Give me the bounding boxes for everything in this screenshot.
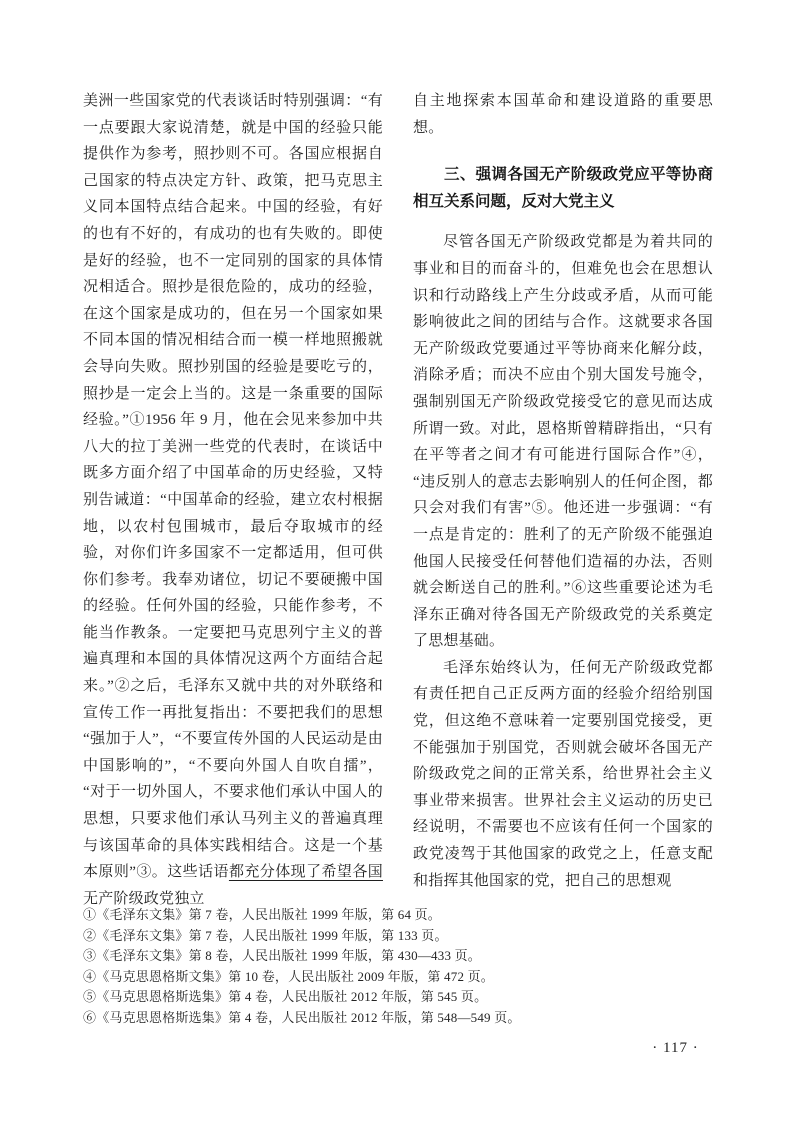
footnote-2: ②《毛泽东文集》第 7 卷，人民出版社 1999 年版，第 133 页。 <box>83 926 723 947</box>
journal-page: 美洲一些国家党的代表谈话时特别强调：“有一点要跟大家说清楚，就是中国的经验只能提… <box>0 0 794 1123</box>
left-paragraph-text: 美洲一些国家党的代表谈话时特别强调：“有一点要跟大家说清楚，就是中国的经验只能提… <box>83 93 383 880</box>
footnote-3: ③《毛泽东文集》第 8 卷，人民出版社 1999 年版，第 430—433 页。 <box>83 946 723 967</box>
left-column: 美洲一些国家党的代表谈话时特别强调：“有一点要跟大家说清楚，就是中国的经验只能提… <box>83 88 383 912</box>
footnote-5: ⑤《马克思恩格斯选集》第 4 卷，人民出版社 2012 年版，第 545 页。 <box>83 987 723 1008</box>
paragraph-body-2: 毛泽东始终认为，任何无产阶级政党都有责任把自己正反两方面的经验介绍给别国党，但这… <box>413 655 713 894</box>
right-column: 自主地探索本国革命和建设道路的重要思想。 三、强调各国无产阶级政党应平等协商相互… <box>413 88 713 912</box>
section-heading: 三、强调各国无产阶级政党应平等协商相互关系问题，反对大党主义 <box>413 162 713 215</box>
footnote-4: ④《马克思恩格斯文集》第 10 卷，人民出版社 2009 年版，第 472 页。 <box>83 967 723 988</box>
page-number: · 117 · <box>618 1040 733 1057</box>
paragraph-right-continuation: 自主地探索本国革命和建设道路的重要思想。 <box>413 88 713 141</box>
underlined-phrase: 都充分体现了希望各国 <box>229 864 383 880</box>
footnotes-block: ①《毛泽东文集》第 7 卷，人民出版社 1999 年版，第 64 页。 ②《毛泽… <box>83 905 723 1028</box>
paragraph-left-continuation: 美洲一些国家党的代表谈话时特别强调：“有一点要跟大家说清楚，就是中国的经验只能提… <box>83 88 383 912</box>
two-column-text-area: 美洲一些国家党的代表谈话时特别强调：“有一点要跟大家说清楚，就是中国的经验只能提… <box>83 88 713 912</box>
footnote-1: ①《毛泽东文集》第 7 卷，人民出版社 1999 年版，第 64 页。 <box>83 905 723 926</box>
paragraph-body-1: 尽管各国无产阶级政党都是为着共同的事业和目的而奋斗的，但难免也会在思想认识和行动… <box>413 229 713 655</box>
footnote-6: ⑥《马克思恩格斯选集》第 4 卷，人民出版社 2012 年版，第 548—549… <box>83 1008 723 1029</box>
